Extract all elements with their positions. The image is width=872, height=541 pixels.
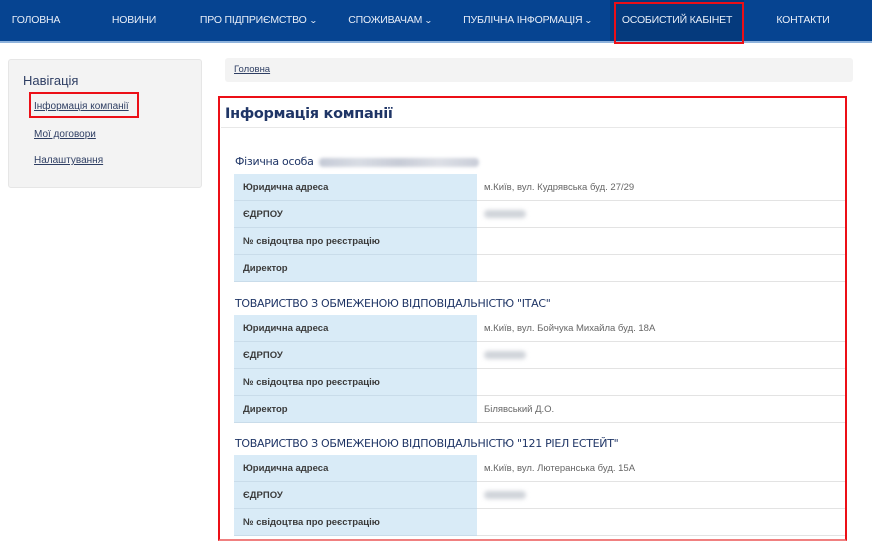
nav-item-label: ПУБЛІЧНА ІНФОРМАЦІЯ (463, 14, 582, 26)
row-value (477, 342, 846, 368)
row-label: № свідоцтва про реєстрацію (234, 369, 477, 396)
row-label: Юридична адреса (234, 455, 477, 482)
row-label: № свідоцтва про реєстрацію (234, 228, 477, 255)
row-value: м.Київ, вул. Кудрявська буд. 27/29 (477, 174, 846, 200)
table-row: Юридична адреса м.Київ, вул. Бойчука Мих… (234, 315, 846, 342)
sidebar-title: Навігація (23, 73, 78, 88)
info-table-121-real-estate: Юридична адреса м.Київ, вул. Лютеранська… (234, 455, 846, 536)
nav-item-label: КОНТАКТИ (776, 14, 829, 26)
nav-item-home[interactable]: ГОЛОВНА (8, 0, 64, 41)
row-label: ЄДРПОУ (234, 342, 477, 369)
section-title-individual: Фізична особа (235, 155, 479, 168)
company-info-panel: Інформація компанії Фізична особа Юридич… (221, 97, 846, 541)
nav-item-public-info[interactable]: ПУБЛІЧНА ІНФОРМАЦІЯ⌄ (455, 0, 600, 41)
row-value: м.Київ, вул. Лютеранська буд. 15А (477, 455, 846, 481)
nav-item-about[interactable]: ПРО ПІДПРИЄМСТВО⌄ (194, 0, 322, 41)
sidebar-link-my-contracts[interactable]: Мої договори (34, 129, 96, 140)
info-table-itas: Юридична адреса м.Київ, вул. Бойчука Мих… (234, 315, 846, 423)
sidebar-link-settings[interactable]: Налаштування (34, 155, 103, 166)
table-row: ЄДРПОУ (234, 201, 846, 228)
row-label: Юридична адреса (234, 174, 477, 201)
nav-item-news[interactable]: НОВИНИ (104, 0, 164, 41)
row-label: ЄДРПОУ (234, 201, 477, 228)
redacted-value (484, 210, 526, 218)
section-title-121-real-estate: ТОВАРИСТВО З ОБМЕЖЕНОЮ ВІДПОВІДАЛЬНІСТЮ … (235, 437, 618, 450)
table-row: № свідоцтва про реєстрацію (234, 369, 846, 396)
row-value (477, 369, 846, 395)
table-row: Юридична адреса м.Київ, вул. Лютеранська… (234, 455, 846, 482)
redacted-name (319, 158, 479, 167)
row-value: м.Київ, вул. Бойчука Михайла буд. 18А (477, 315, 846, 341)
row-value: Білявський Д.О. (477, 396, 846, 422)
table-row: Директор (234, 255, 846, 282)
nav-item-label: НОВИНИ (112, 14, 156, 26)
table-row: Директор Білявський Д.О. (234, 396, 846, 423)
chevron-down-icon: ⌄ (309, 0, 317, 41)
table-row: Юридична адреса м.Київ, вул. Кудрявська … (234, 174, 846, 201)
breadcrumb-home-link[interactable]: Головна (234, 64, 270, 75)
chevron-down-icon: ⌄ (424, 0, 432, 41)
row-value (477, 509, 846, 535)
redacted-value (484, 491, 526, 499)
sidebar-navigation: Навігація Інформація компанії Мої догово… (8, 59, 202, 188)
row-value (477, 482, 846, 508)
top-navigation: ГОЛОВНА НОВИНИ ПРО ПІДПРИЄМСТВО⌄ СПОЖИВА… (0, 0, 872, 43)
info-table-individual: Юридична адреса м.Київ, вул. Кудрявська … (234, 174, 846, 282)
nav-item-consumers[interactable]: СПОЖИВАЧАМ⌄ (340, 0, 440, 41)
nav-item-label: ОСОБИСТИЙ КАБІНЕТ (622, 14, 732, 26)
nav-item-personal-cabinet[interactable]: ОСОБИСТИЙ КАБІНЕТ (610, 0, 744, 41)
redacted-value (484, 351, 526, 359)
row-value (477, 255, 846, 281)
page-title: Інформація компанії (225, 106, 393, 122)
nav-item-label: ПРО ПІДПРИЄМСТВО (200, 14, 307, 26)
row-label: Директор (234, 396, 477, 423)
row-value (477, 228, 846, 254)
row-label: Директор (234, 255, 477, 282)
breadcrumb: Головна (225, 58, 853, 82)
nav-item-label: СПОЖИВАЧАМ (348, 14, 422, 26)
section-title-itas: ТОВАРИСТВО З ОБМЕЖЕНОЮ ВІДПОВІДАЛЬНІСТЮ … (235, 297, 551, 310)
row-label: ЄДРПОУ (234, 482, 477, 509)
chevron-down-icon: ⌄ (584, 0, 592, 41)
nav-item-label: ГОЛОВНА (12, 14, 60, 26)
table-row: № свідоцтва про реєстрацію (234, 228, 846, 255)
table-row: № свідоцтва про реєстрацію (234, 509, 846, 536)
table-row: ЄДРПОУ (234, 342, 846, 369)
row-label: Юридична адреса (234, 315, 477, 342)
table-row: ЄДРПОУ (234, 482, 846, 509)
row-label: № свідоцтва про реєстрацію (234, 509, 477, 536)
sidebar-link-company-info[interactable]: Інформація компанії (34, 101, 129, 112)
row-value (477, 201, 846, 227)
title-divider (221, 127, 846, 128)
nav-item-contacts[interactable]: КОНТАКТИ (762, 0, 844, 41)
